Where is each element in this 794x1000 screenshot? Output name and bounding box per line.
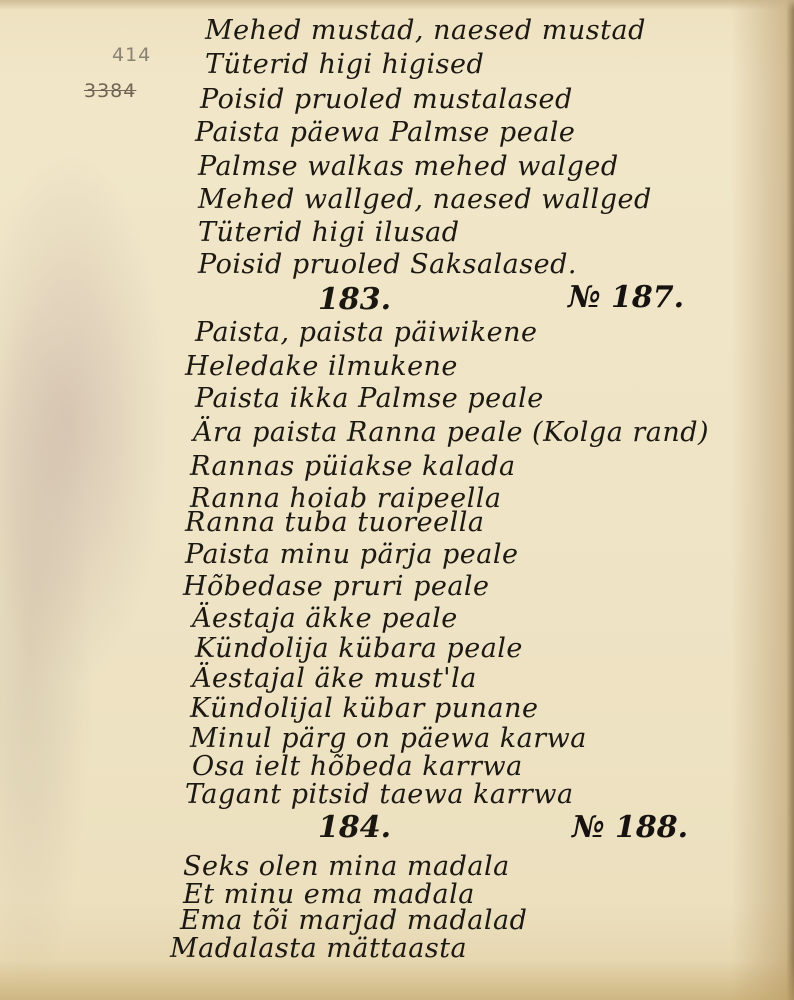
song-reference-number: № 188. [572,810,688,845]
verse-line: Hõbedase pruri peale [183,572,490,602]
verse-line: Madalasta mättaasta [170,934,467,964]
paper-top-edge [0,0,794,10]
verse-line: Äestajal äke must'la [192,664,477,694]
paper-bottom-edge [0,960,794,1000]
verse-line: Tüterid higi ilusad [198,218,460,248]
verse-line: Mehed wallged, naesed wallged [198,185,652,215]
song-reference-number: № 187. [568,280,684,315]
verse-line: Heledake ilmukene [185,352,458,382]
verse-line: Palmse walkas mehed walged [198,152,619,182]
verse-line: Kündolijal kübar punane [190,694,539,724]
manuscript-page: 414 3384 Mehed mustad, naesed mustad Tüt… [0,0,794,1000]
verse-line: Seks olen mina madala [183,852,510,882]
verse-line: Ema tõi marjad madalad [180,906,527,936]
verse-line: Poisid pruoled Saksalased. [198,250,577,280]
verse-line: Ranna tuba tuoreella [185,508,484,538]
verse-line: Paista, paista päiwikene [195,318,538,348]
verse-line: Kündolija kübara peale [195,634,523,664]
verse-line: Paista minu pärja peale [185,540,518,570]
verse-line: Paista ikka Palmse peale [195,384,544,414]
verse-line: Äestaja äkke peale [192,604,458,634]
song-number: 183. [318,282,391,317]
verse-line: Minul pärg on päewa karwa [190,724,587,754]
verse-line: Osa ielt hõbeda karrwa [192,752,523,782]
struck-archive-number: 3384 [84,80,136,102]
verse-line: Tagant pitsid taewa karrwa [185,780,574,810]
archive-number: 414 [112,44,151,66]
song-number: 184. [318,810,391,845]
verse-line: Paista päewa Palmse peale [195,118,575,148]
verse-line: Tüterid higi higised [205,50,484,80]
verse-line: Rannas püiakse kalada [190,452,516,482]
verse-line: Mehed mustad, naesed mustad [205,16,646,46]
verse-line: Poisid pruoled mustalased [200,85,573,115]
verse-line: Ära paista Ranna peale (Kolga rand) [193,418,709,448]
